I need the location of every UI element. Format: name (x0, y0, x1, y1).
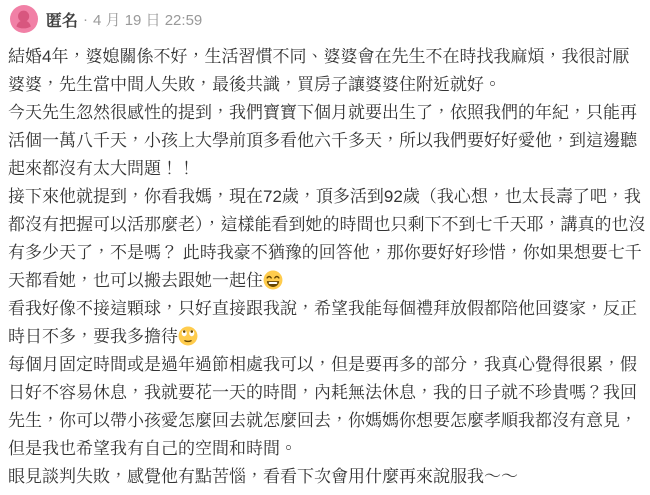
paragraph-text: 今天先生忽然很感性的提到，我們寶寶下個月就要出生了，依照我們的年紀，只能再活個一… (8, 103, 637, 178)
paragraph-text: 接下來他就提到，你看我媽，現在72歲，頂多活到92歲（我心想，也太長壽了吧，我都… (8, 187, 646, 290)
post-timestamp: 4 月 19 日 22:59 (93, 9, 202, 30)
post-body: 結婚4年，婆媳關係不好，生活習慣不同、婆婆會在先生不在時找我麻煩，我很討厭婆婆，… (0, 43, 650, 491)
post-paragraph: 看我好像不接這顆球，只好直接跟我說，希望我能每個禮拜放假都陪他回婆家，反正時日不… (8, 295, 646, 351)
paragraph-text: 眼見談判失敗，感覺他有點苦惱，看看下次會用什麼再來說服我～～ (8, 467, 518, 486)
eye-roll-emoji (178, 326, 198, 346)
post-paragraph: 結婚4年，婆媳關係不好，生活習慣不同、婆婆會在先生不在時找我麻煩，我很討厭婆婆，… (8, 43, 646, 99)
grinning-face-emoji (263, 270, 283, 290)
post-paragraph: 接下來他就提到，你看我媽，現在72歲，頂多活到92歲（我心想，也太長壽了吧，我都… (8, 183, 646, 295)
forum-post-page: 匿名 · 4 月 19 日 22:59 結婚4年，婆媳關係不好，生活習慣不同、婆… (0, 0, 650, 495)
post-paragraph: 眼見談判失敗，感覺他有點苦惱，看看下次會用什麼再來說服我～～ (8, 463, 646, 491)
post-header: 匿名 · 4 月 19 日 22:59 (0, 0, 650, 33)
anonymous-avatar-icon (10, 5, 38, 33)
post-paragraph: 今天先生忽然很感性的提到，我們寶寶下個月就要出生了，依照我們的年紀，只能再活個一… (8, 99, 646, 183)
paragraph-text: 看我好像不接這顆球，只好直接跟我說，希望我能每個禮拜放假都陪他回婆家，反正時日不… (8, 299, 637, 346)
paragraph-text: 結婚4年，婆媳關係不好，生活習慣不同、婆婆會在先生不在時找我麻煩，我很討厭婆婆，… (8, 47, 629, 94)
post-paragraph: 每個月固定時間或是過年過節相處我可以，但是要再多的部分，我真心覺得很累，假日好不… (8, 351, 646, 463)
paragraph-text: 每個月固定時間或是過年過節相處我可以，但是要再多的部分，我真心覺得很累，假日好不… (8, 355, 637, 458)
header-separator: · (83, 11, 88, 28)
author-name: 匿名 (46, 8, 78, 31)
